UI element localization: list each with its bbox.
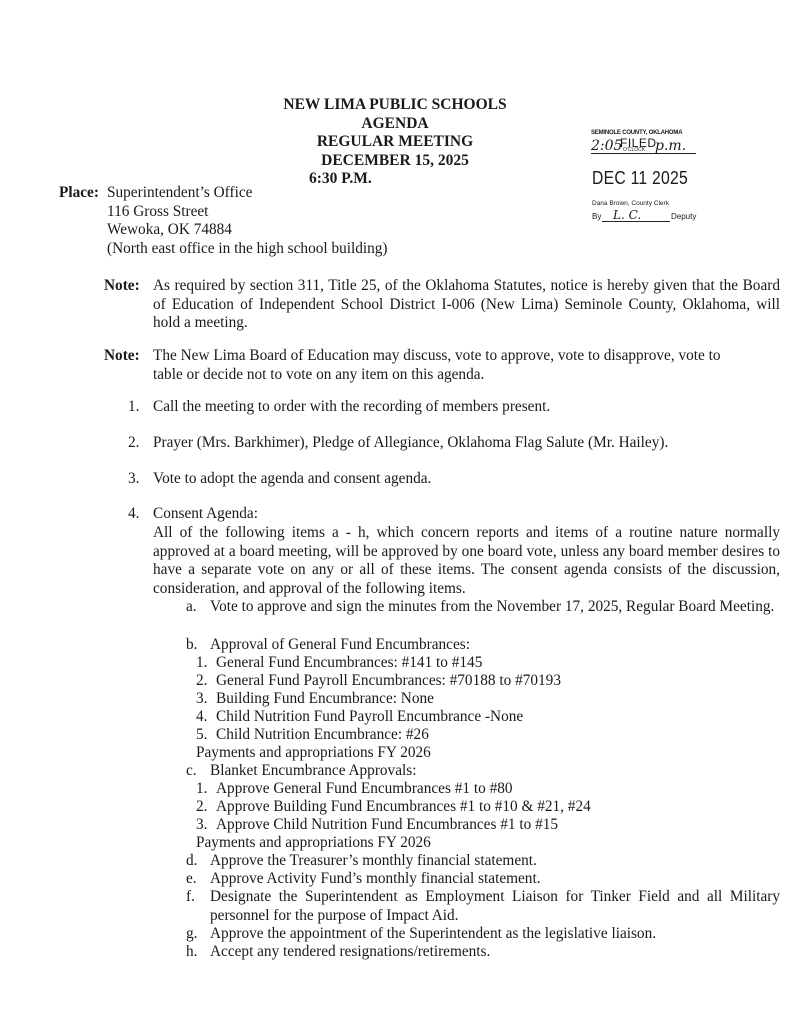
place-label: Place:	[59, 184, 99, 202]
stamp-date: DEC 11 2025	[592, 167, 688, 189]
meeting-time: 6:30 P.M.	[270, 170, 520, 189]
sub-item-text: Approve General Fund Encumbrances #1 to …	[216, 780, 513, 798]
agenda-item-text: Consent Agenda:	[153, 505, 258, 523]
sub-item-number: 3.	[196, 816, 207, 834]
stamp-handwritten-ampm: p.m.	[655, 138, 686, 154]
note-text: As required by section 311, Title 25, of…	[153, 277, 780, 333]
stamp-clerk: Dana Brown, County Clerk	[592, 200, 669, 207]
agenda-item-text: Prayer (Mrs. Barkhimer), Pledge of Alleg…	[153, 434, 668, 452]
sub-item-number: 2.	[196, 798, 207, 816]
sub-item-number: 5.	[196, 726, 207, 744]
consent-item-letter: e.	[186, 870, 197, 888]
sub-item-footer: Payments and appropriations FY 2026	[196, 834, 431, 852]
consent-item-letter: b.	[186, 636, 197, 654]
agenda-header: NEW LIMA PUBLIC SCHOOLS AGENDA REGULAR M…	[270, 96, 520, 189]
consent-item-text: Vote to approve and sign the minutes fro…	[210, 598, 780, 617]
consent-intro: All of the following items a - h, which …	[153, 524, 780, 598]
sub-item-text: General Fund Payroll Encumbrances: #7018…	[216, 672, 561, 690]
sub-item-text: Child Nutrition Encumbrance: #26	[216, 726, 429, 744]
sub-item-number: 2.	[196, 672, 207, 690]
meeting-type: REGULAR MEETING	[270, 133, 520, 152]
consent-item-text: Approve Activity Fund’s monthly financia…	[210, 870, 541, 888]
district-name: NEW LIMA PUBLIC SCHOOLS	[270, 96, 520, 115]
stamp-deputy: Deputy	[671, 212, 696, 221]
consent-item-letter: a.	[186, 598, 197, 616]
stamp-initials: L. C.	[613, 208, 641, 222]
place-line: 116 Gross Street	[107, 203, 208, 221]
sub-item-text: Building Fund Encumbrance: None	[216, 690, 434, 708]
agenda-item-number: 4.	[128, 505, 139, 523]
consent-item-text: Accept any tendered resignations/retirem…	[210, 943, 490, 961]
sub-item-number: 4.	[196, 708, 207, 726]
consent-item-text: Approve the appointment of the Superinte…	[210, 925, 656, 943]
consent-item-letter: h.	[186, 943, 197, 961]
consent-item-letter: g.	[186, 925, 197, 943]
document-title: AGENDA	[270, 115, 520, 134]
stamp-by: By	[592, 212, 601, 221]
sub-item-number: 3.	[196, 690, 207, 708]
consent-item-text: Blanket Encumbrance Approvals:	[210, 762, 416, 780]
sub-item-text: Approve Child Nutrition Fund Encumbrance…	[216, 816, 558, 834]
consent-item-text: Approve the Treasurer’s monthly financia…	[210, 852, 537, 870]
consent-item-letter: d.	[186, 852, 197, 870]
sub-item-text: Child Nutrition Fund Payroll Encumbrance…	[216, 708, 523, 726]
consent-item-letter: c.	[186, 762, 197, 780]
sub-item-footer: Payments and appropriations FY 2026	[196, 744, 431, 762]
consent-item-text: Approval of General Fund Encumbrances:	[210, 636, 470, 654]
note-label: Note:	[104, 347, 140, 365]
agenda-item-number: 2.	[128, 434, 139, 452]
consent-item-letter: f.	[186, 888, 195, 906]
sub-item-number: 1.	[196, 780, 207, 798]
agenda-item-text: Call the meeting to order with the recor…	[153, 398, 550, 416]
sub-item-number: 1.	[196, 654, 207, 672]
stamp-underline	[591, 153, 696, 154]
sub-item-text: Approve Building Fund Encumbrances #1 to…	[216, 798, 591, 816]
sub-item-text: General Fund Encumbrances: #141 to #145	[216, 654, 482, 672]
agenda-item-number: 3.	[128, 470, 139, 488]
stamp-handwritten-time: 2:05	[591, 138, 622, 154]
place-line: Wewoka, OK 74884	[107, 221, 232, 239]
place-line: (North east office in the high school bu…	[107, 240, 388, 258]
agenda-item-text: Vote to adopt the agenda and consent age…	[153, 470, 431, 488]
note-label: Note:	[104, 277, 140, 295]
place-line: Superintendent’s Office	[107, 184, 252, 202]
agenda-item-number: 1.	[128, 398, 139, 416]
meeting-date: DECEMBER 15, 2025	[270, 152, 520, 171]
note-text: The New Lima Board of Education may disc…	[153, 347, 753, 384]
consent-item-text: Designate the Superintendent as Employme…	[210, 888, 780, 925]
